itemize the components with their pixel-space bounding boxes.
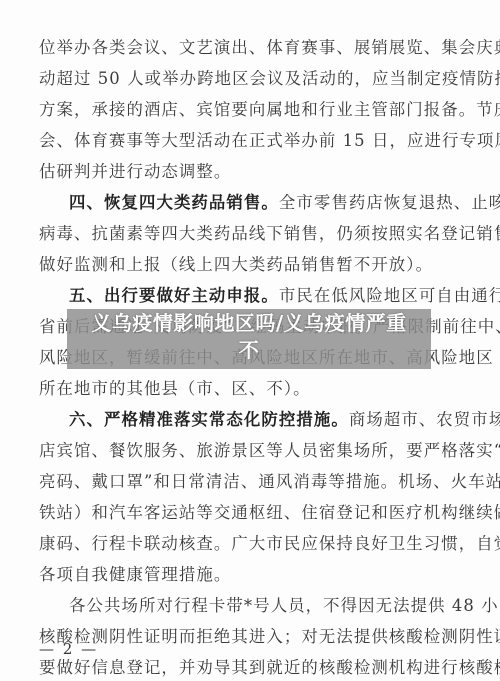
section-6-line: 六、严格精准落实常态化防控措施。商场超市、农贸市场、酒 <box>69 410 469 430</box>
text-line: 方案，承接的酒店、宾馆要向属地和行业主管部门报备。节庆、展 <box>39 100 469 120</box>
section-6-text: 商场超市、农贸市场、酒 <box>349 410 500 429</box>
section-5-text: 市民在低风险地区可自由通行，出 <box>279 286 500 305</box>
text-line: 康码、行程卡联动核查。广大市民应保持良好卫生习惯，自觉落实 <box>39 534 469 554</box>
text-line: 铁站）和汽车客运站等交通枢纽、住宿登记和医疗机构继续做好健 <box>39 503 469 523</box>
overlay-title: 义乌疫情影响地区吗/义乌疫情严重 不 <box>67 310 431 364</box>
text-line: 要做好信息登记，并劝导其到就近的核酸检测机构进行核酸检测， <box>39 658 469 678</box>
section-5-line: 五、出行要做好主动申报。市民在低风险地区可自由通行，出 <box>69 286 469 306</box>
section-5-heading: 五、出行要做好主动申报。 <box>69 286 279 305</box>
text-line: 动超过 50 人或举办跨地区会议及活动的，应当制定疫情防控工作 <box>39 69 469 89</box>
page-number: — 2 — <box>39 640 98 658</box>
text-line: 估研判并进行动态调整。 <box>39 162 469 182</box>
text-line: 做好监测和上报（线上四大类药品销售暂不开放）。 <box>39 255 469 275</box>
text-line: 会、体育赛事等大型活动在正式举办前 15 日，应进行专项风险评 <box>39 131 469 151</box>
overlay-title-line-1: 义乌疫情影响地区吗/义乌疫情严重 <box>67 310 431 337</box>
text-line: 位举办各类会议、文艺演出、体育赛事、展销展览、集会庆典等活 <box>39 38 469 58</box>
text-line: 各项自我健康管理措施。 <box>39 565 469 585</box>
overlay-title-line-2: 不 <box>67 337 431 364</box>
text-line: 亮码、戴口罩”和日常清洁、通风消毒等措施。机场、火车站（高 <box>39 472 469 492</box>
text-line: 所在地市的其他县（市、区、不）。 <box>39 379 469 399</box>
text-line: 店宾馆、餐饮服务、旅游景区等人员密集场所，要严格落实“测温、 <box>39 441 469 461</box>
text-line: 各公共场所对行程卡带*号人员，不得因无法提供 48 小时内的 <box>69 596 469 616</box>
text-line: 病毒、抗菌素等四大类药品线下销售，仍须按照实名登记销售要求 <box>39 224 469 244</box>
text-line: 核酸检测阴性证明而拒绝其进入；对无法提供核酸检测阴性证明的， <box>39 627 469 647</box>
section-6-heading: 六、严格精准落实常态化防控措施。 <box>69 410 349 429</box>
section-4-line: 四、恢复四大类药品销售。全市零售药店恢复退热、止咳、抗 <box>69 193 469 213</box>
section-4-text: 全市零售药店恢复退热、止咳、抗 <box>279 193 500 212</box>
section-4-heading: 四、恢复四大类药品销售。 <box>69 193 279 212</box>
